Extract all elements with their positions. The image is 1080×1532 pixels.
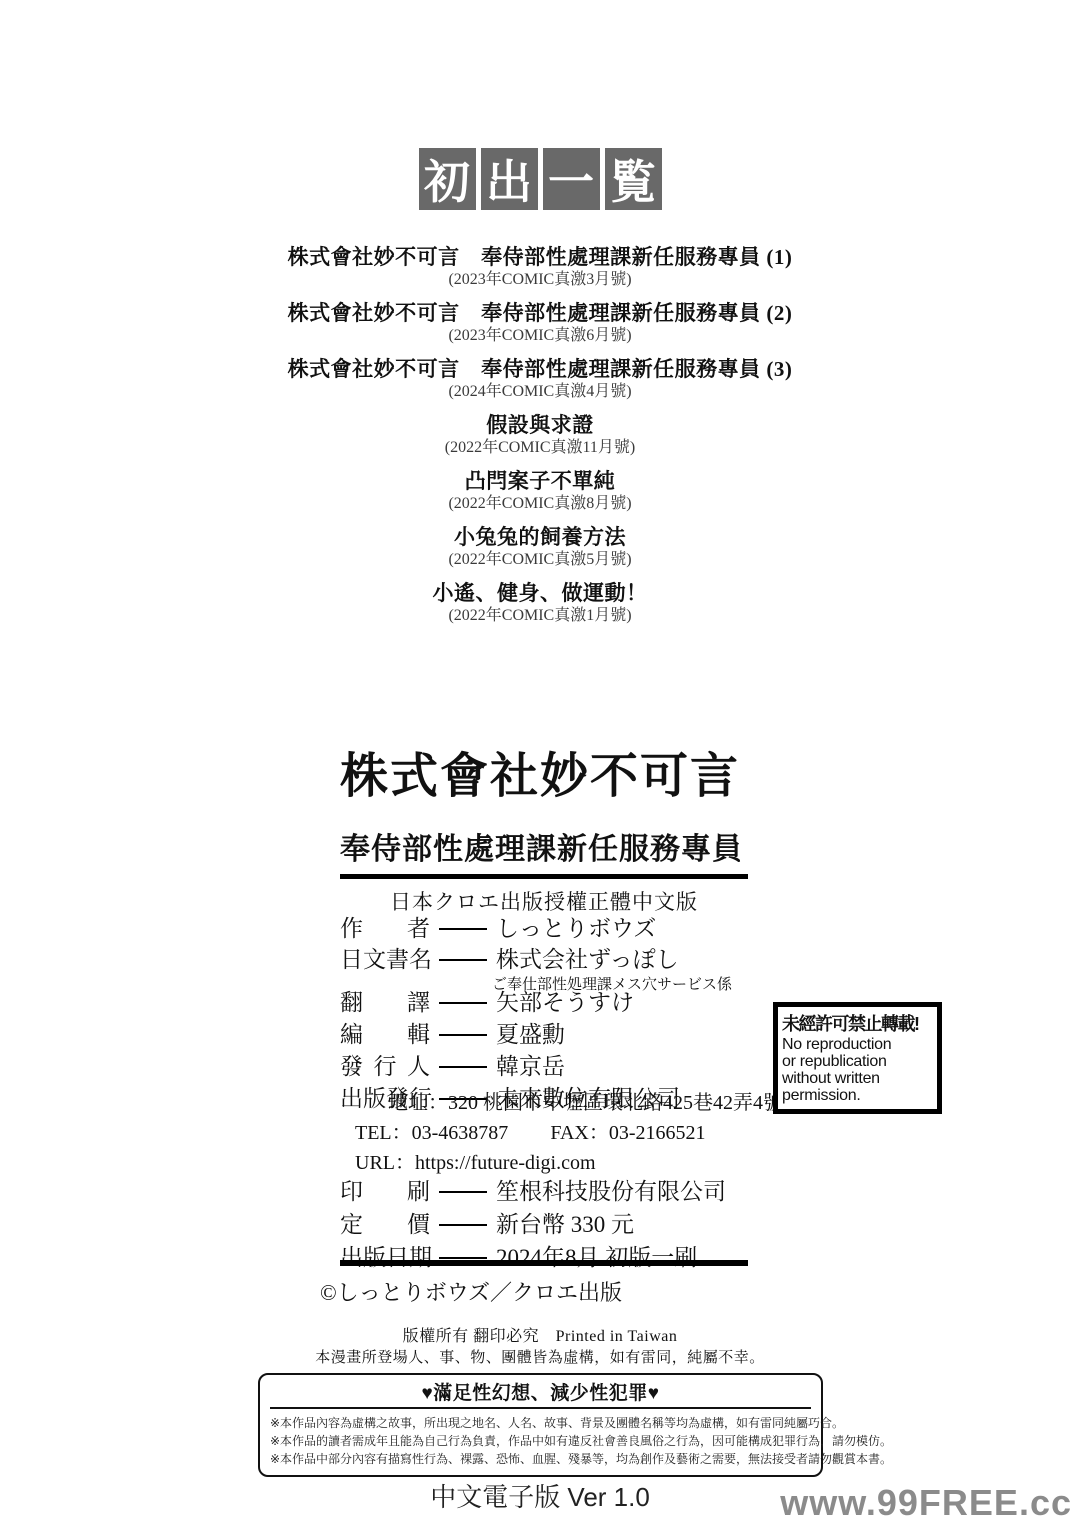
work-title: 株式會社妙不可言 奉侍部性處理課新任服務專員 (3)	[0, 356, 1080, 382]
credit-row-editor: 編輯 夏盛勳	[340, 1021, 565, 1049]
credit-label: 發行人	[340, 1053, 430, 1081]
credit-value: 夏盛勳	[496, 1021, 565, 1049]
work-title: 假設與求證	[0, 412, 1080, 438]
work-entry: 凸閂案子不單純 (2022年COMIC真激8月號)	[0, 468, 1080, 514]
license-line: 日本クロエ出版授權正體中文版	[340, 886, 748, 916]
rights-reserved-line: 版權所有 翻印必究 Printed in Taiwan	[0, 1323, 1080, 1346]
work-title: 株式會社妙不可言 奉侍部性處理課新任服務專員 (1)	[0, 244, 1080, 270]
work-entry: 小兔兔的飼養方法 (2022年COMIC真激5月號)	[0, 524, 1080, 570]
site-watermark: www.99FREE.cc	[780, 1482, 1072, 1524]
dash-line	[439, 1066, 487, 1068]
publisher-tel-fax: TEL：03-4638787FAX：03-2166521	[355, 1118, 804, 1148]
disclaimer-line: ※本作品內容為虛構之故事，所出現之地名、人名、故事、背景及團體名稱等均為虛構，如…	[270, 1414, 811, 1432]
credit-value: 笙根科技股份有限公司	[496, 1178, 726, 1206]
publisher-fax: FAX：03-2166521	[550, 1122, 705, 1144]
dash-line	[439, 1191, 487, 1193]
notice-english-line: permission.	[782, 1087, 934, 1104]
notice-english-line: without written	[782, 1070, 934, 1087]
disclaimer-heading: ♥滿足性幻想、減少性犯罪♥	[270, 1378, 811, 1405]
publisher-address: 地址：320 桃園市中壢區環北路425巷42弄4號1F	[355, 1088, 804, 1118]
work-entry: 小遙、健身、做運動！ (2022年COMIC真激1月號)	[0, 580, 1080, 626]
colophon-block: 株式會社妙不可言 奉侍部性處理課新任服務專員 日本クロエ出版授權正體中文版 作者…	[340, 748, 748, 1318]
work-title: 小遙、健身、做運動！	[0, 580, 1080, 606]
work-title: 株式會社妙不可言 奉侍部性處理課新任服務專員 (2)	[0, 300, 1080, 326]
credit-row-jp-title: 日文書名 株式会社ずっぽし	[340, 946, 679, 974]
work-date: (2022年COMIC真激11月號)	[0, 438, 1080, 458]
work-title: 小兔兔的飼養方法	[0, 524, 1080, 550]
book-title: 株式會社妙不可言	[340, 748, 740, 806]
credit-value: 株式会社ずっぽし	[496, 946, 679, 974]
credit-label: 印刷	[340, 1178, 430, 1206]
copyright-line: ©しっとりボウズ／クロエ出版	[320, 1276, 622, 1307]
first-publication-header: 初 出 一 覧	[0, 148, 1080, 210]
credit-row-translator: 翻譯 矢部そうすけ	[340, 989, 634, 1017]
fiction-disclaimer-line: 本漫畫所登場人、事、物、團體皆為虛構，如有雷同，純屬不幸。	[0, 1346, 1080, 1367]
credit-row-publisher-person: 發行人 韓京岳	[340, 1053, 565, 1081]
divider-rule	[340, 874, 748, 879]
work-date: (2024年COMIC真激4月號)	[0, 382, 1080, 402]
header-box-char: 覧	[605, 148, 662, 210]
dash-line	[439, 1257, 487, 1259]
header-box-char: 一	[543, 148, 600, 210]
credit-label: 定價	[340, 1211, 430, 1239]
credit-label: 日文書名	[340, 946, 430, 974]
disclaimer-line: ※本作品中部分內容有描寫性行為、裸露、恐怖、血腥、殘暴等，均為創作及藝術之需要，…	[270, 1450, 811, 1468]
credit-row-author: 作者 しっとりボウズ	[340, 915, 656, 943]
credit-row-price: 定價 新台幣 330 元	[340, 1211, 634, 1239]
notice-english-line: or republication	[782, 1053, 934, 1070]
publisher-contact-block: 地址：320 桃園市中壢區環北路425巷42弄4號1F TEL：03-46387…	[355, 1088, 804, 1178]
dash-line	[439, 959, 487, 961]
credits-table: 作者 しっとりボウズ 日文書名 株式会社ずっぽし ご奉仕部性処理課メス穴サービス…	[340, 915, 748, 1115]
credit-value: 新台幣 330 元	[496, 1211, 634, 1239]
header-box-char: 出	[481, 148, 538, 210]
dash-line	[439, 1002, 487, 1004]
credit-value: 矢部そうすけ	[496, 989, 634, 1017]
header-box-char: 初	[419, 148, 476, 210]
work-date: (2022年COMIC真激5月號)	[0, 550, 1080, 570]
dash-line	[439, 1034, 487, 1036]
credit-label: 作者	[340, 915, 430, 943]
work-entry: 株式會社妙不可言 奉侍部性處理課新任服務專員 (1) (2023年COMIC真激…	[0, 244, 1080, 290]
book-subtitle: 奉侍部性處理課新任服務專員	[340, 824, 743, 868]
work-entry: 株式會社妙不可言 奉侍部性處理課新任服務專員 (3) (2024年COMIC真激…	[0, 356, 1080, 402]
publisher-tel: TEL：03-4638787	[355, 1122, 508, 1144]
work-date: (2023年COMIC真激6月號)	[0, 326, 1080, 346]
credit-row-pub-date: 出版日期 2024年8月 初版一刷	[340, 1244, 697, 1272]
content-disclaimer-box: ♥滿足性幻想、減少性犯罪♥ ※本作品內容為虛構之故事，所出現之地名、人名、故事、…	[258, 1373, 823, 1477]
work-date: (2022年COMIC真激1月號)	[0, 606, 1080, 626]
notice-english-line: No reproduction	[782, 1036, 934, 1053]
divider-rule-thick	[340, 1260, 748, 1266]
publisher-url: URL：https://future-digi.com	[355, 1148, 804, 1178]
work-date: (2023年COMIC真激3月號)	[0, 270, 1080, 290]
disclaimer-separator	[270, 1407, 811, 1409]
credit-row-printer: 印刷 笙根科技股份有限公司	[340, 1178, 726, 1206]
credit-label: 編輯	[340, 1021, 430, 1049]
dash-line	[439, 1224, 487, 1226]
notice-chinese-line: 未經許可禁止轉載!	[782, 1010, 934, 1036]
work-title: 凸閂案子不單純	[0, 468, 1080, 494]
credit-label: 翻譯	[340, 989, 430, 1017]
dash-line	[439, 928, 487, 930]
first-publication-list: 株式會社妙不可言 奉侍部性處理課新任服務專員 (1) (2023年COMIC真激…	[0, 244, 1080, 636]
work-entry: 株式會社妙不可言 奉侍部性處理課新任服務專員 (2) (2023年COMIC真激…	[0, 300, 1080, 346]
disclaimer-line: ※本作品的讀者需成年且能為自己行為負責，作品中如有違反社會善良風俗之行為，因可能…	[270, 1432, 811, 1450]
work-date: (2022年COMIC真激8月號)	[0, 494, 1080, 514]
credit-value: しっとりボウズ	[496, 915, 656, 943]
credit-label: 出版日期	[340, 1244, 430, 1272]
credit-value: 韓京岳	[496, 1053, 565, 1081]
work-entry: 假設與求證 (2022年COMIC真激11月號)	[0, 412, 1080, 458]
no-reproduction-notice-box: 未經許可禁止轉載! No reproduction or republicati…	[773, 1002, 942, 1114]
credit-value: 2024年8月 初版一刷	[496, 1244, 697, 1272]
